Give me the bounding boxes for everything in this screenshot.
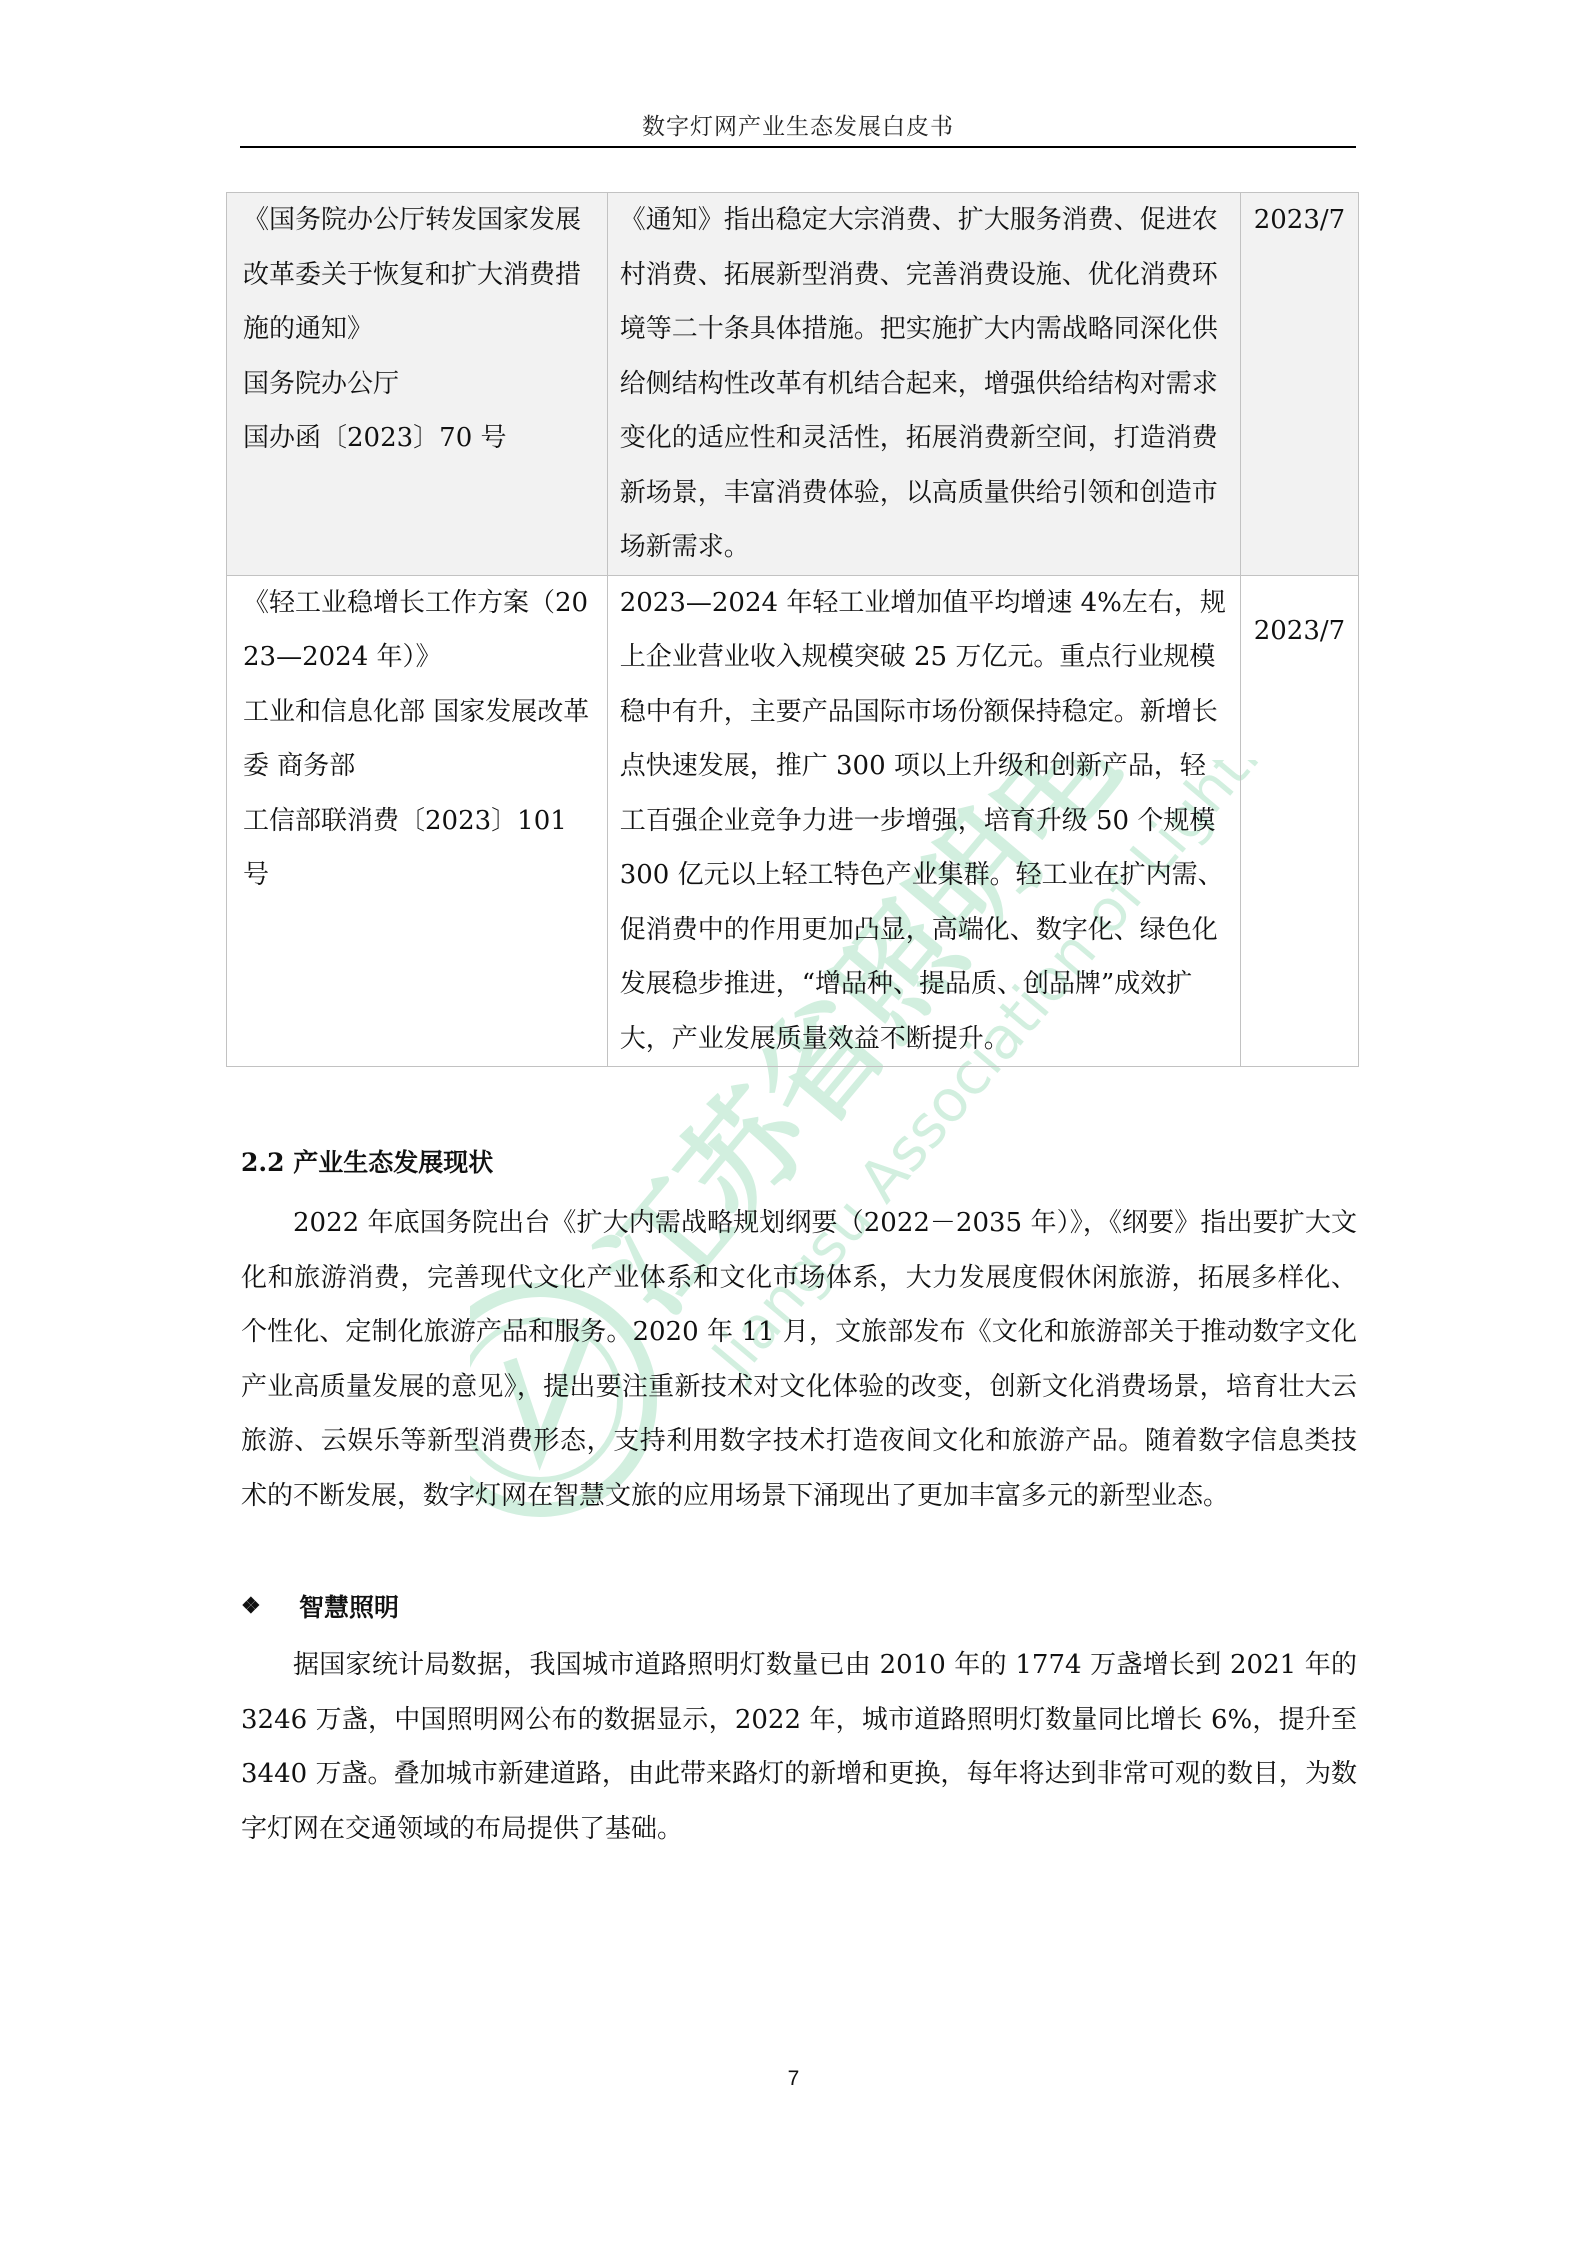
section-paragraph: 2022 年底国务院出台《扩大内需战略规划纲要（2022－2035 年）》，《纲… (241, 1196, 1357, 1523)
policy-doc-number: 工信部联消费〔2023〕101 号 (243, 794, 595, 903)
subsection-heading: ❖ 智慧照明 (241, 1588, 399, 1624)
policy-date: 2023/7 (1240, 193, 1358, 576)
policy-table: 《国务院办公厅转发国家发展改革委关于恢复和扩大消费措施的通知》 国务院办公厅 国… (226, 192, 1359, 1067)
policy-doc-number: 国办函〔2023〕70 号 (243, 411, 595, 466)
policy-description: 2023—2024 年轻工业增加值平均增速 4%左右，规上企业营业收入规模突破 … (607, 575, 1240, 1067)
policy-name-cell: 《国务院办公厅转发国家发展改革委关于恢复和扩大消费措施的通知》 国务院办公厅 国… (227, 193, 608, 576)
policy-issuer: 工业和信息化部 国家发展改革委 商务部 (243, 685, 595, 794)
policy-title: 《轻工业稳增长工作方案（2023—2024 年）》 (243, 576, 595, 685)
subsection-paragraph: 据国家统计局数据，我国城市道路照明灯数量已由 2010 年的 1774 万盏增长… (241, 1638, 1357, 1856)
policy-name-cell: 《轻工业稳增长工作方案（2023—2024 年）》 工业和信息化部 国家发展改革… (227, 575, 608, 1067)
header-divider (240, 146, 1356, 148)
page-number: 7 (0, 2067, 1587, 2091)
subsection-title: 智慧照明 (299, 1588, 399, 1624)
policy-date: 2023/7 (1240, 575, 1358, 1067)
diamond-bullet-icon: ❖ (241, 1593, 299, 1619)
policy-description: 《通知》指出稳定大宗消费、扩大服务消费、促进农村消费、拓展新型消费、完善消费设施… (607, 193, 1240, 576)
table-row: 《国务院办公厅转发国家发展改革委关于恢复和扩大消费措施的通知》 国务院办公厅 国… (227, 193, 1359, 576)
policy-title: 《国务院办公厅转发国家发展改革委关于恢复和扩大消费措施的通知》 (243, 193, 595, 357)
policy-issuer: 国务院办公厅 (243, 357, 595, 412)
section-heading: 2.2 产业生态发展现状 (241, 1143, 493, 1179)
page-header-title: 数字灯网产业生态发展白皮书 (240, 108, 1356, 141)
table-row: 《轻工业稳增长工作方案（2023—2024 年）》 工业和信息化部 国家发展改革… (227, 575, 1359, 1067)
